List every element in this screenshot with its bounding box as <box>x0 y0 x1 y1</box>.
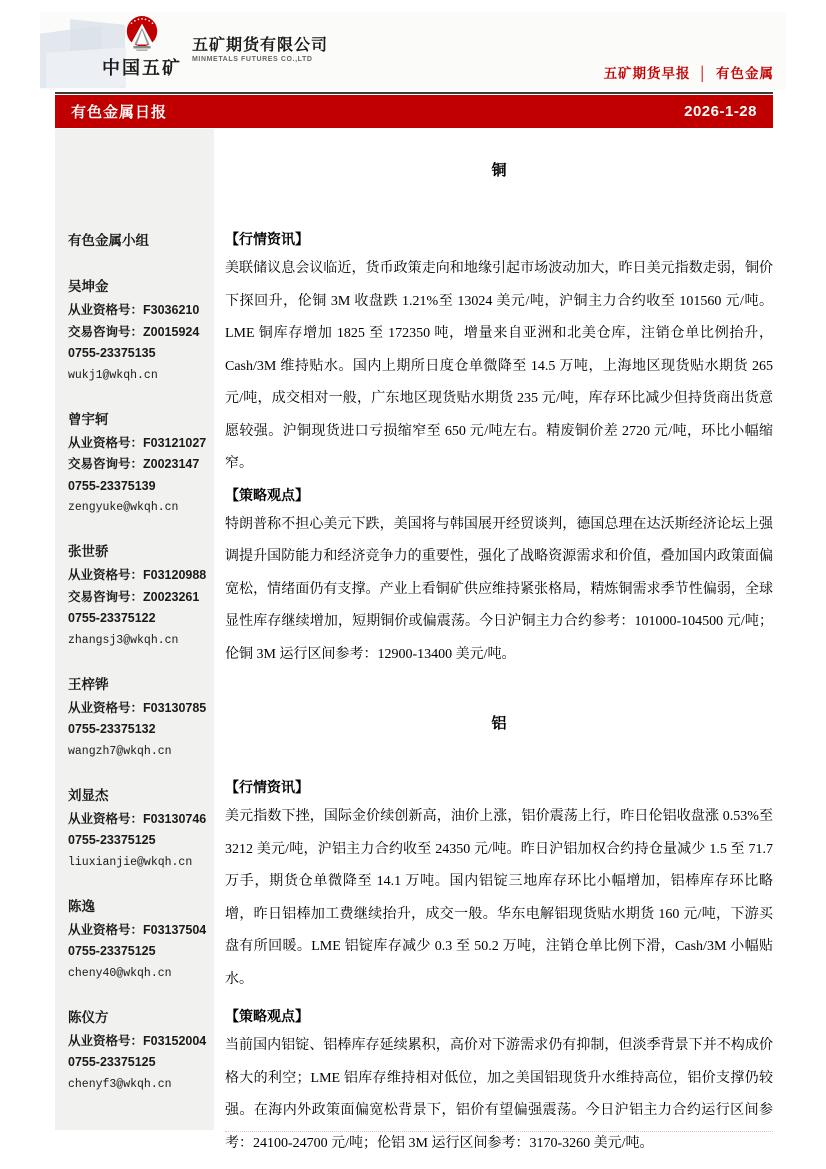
analyst-email: liuxianjie@wkqh.cn <box>68 852 206 874</box>
analyst-phone: 0755-23375125 <box>68 941 206 963</box>
market-info-heading: 【行情资讯】 <box>225 779 773 799</box>
market-info-text: 美元指数下挫，国际金价续创新高，油价上涨，铝价震荡上行，昨日伦铝收盘涨 0.53… <box>225 801 773 996</box>
analyst-email: wukj1@wkqh.cn <box>68 365 206 387</box>
analyst-credential: 交易咨询号：Z0023147 <box>68 454 206 476</box>
analyst-card: 陈逸 从业资格号：F03137504 0755-23375125 cheny40… <box>68 897 206 985</box>
strategy-heading: 【策略观点】 <box>225 487 773 507</box>
analyst-card: 张世骄 从业资格号：F03120988 交易咨询号：Z0023261 0755-… <box>68 542 206 652</box>
report-label: 五矿期货早报 <box>604 66 691 81</box>
section-aluminum: 铝 【行情资讯】 美元指数下挫，国际金价续创新高，油价上涨，铝价震荡上行，昨日伦… <box>225 714 773 1160</box>
company-name: 中国五矿 <box>102 58 182 78</box>
analyst-email: cheny40@wkqh.cn <box>68 963 206 985</box>
banner-top-rule <box>55 92 773 94</box>
analyst-email: zhangsj3@wkqh.cn <box>68 630 206 652</box>
analyst-card: 陈仪方 从业资格号：F03152004 0755-23375125 chenyf… <box>68 1008 206 1096</box>
analyst-name: 陈仪方 <box>68 1008 206 1028</box>
title-banner: 有色金属日报 2026-1-28 <box>55 95 773 128</box>
section-copper: 铜 【行情资讯】 美联储议息会议临近，货币政策走向和地缘引起市场波动加大，昨日美… <box>225 161 773 671</box>
analyst-credential: 从业资格号：F03130746 <box>68 809 206 831</box>
minmetals-emblem-icon <box>123 14 161 58</box>
analyst-name: 陈逸 <box>68 897 206 917</box>
analyst-credential: 从业资格号：F03121027 <box>68 433 206 455</box>
analyst-phone: 0755-23375139 <box>68 476 206 498</box>
analyst-card: 王梓铧 从业资格号：F03130785 0755-23375132 wangzh… <box>68 675 206 763</box>
analyst-sidebar: 有色金属小组 吴坤金 从业资格号：F3036210 交易咨询号：Z0015924… <box>55 129 214 1130</box>
sidebar-group-title: 有色金属小组 <box>68 231 206 251</box>
analyst-card: 刘显杰 从业资格号：F03130746 0755-23375125 liuxia… <box>68 786 206 874</box>
masthead-labels: 五矿期货早报│有色金属 <box>604 62 774 82</box>
analyst-credential: 交易咨询号：Z0015924 <box>68 322 206 344</box>
analyst-credential: 从业资格号：F03130785 <box>68 698 206 720</box>
analyst-name: 张世骄 <box>68 542 206 562</box>
strategy-text: 当前国内铝锭、铝棒库存延续累积，高价对下游需求仍有抑制，但淡季背景下并不构成价格… <box>225 1030 773 1160</box>
section-title: 铜 <box>225 161 773 181</box>
analyst-credential: 从业资格号：F03120988 <box>68 565 206 587</box>
company-logo: 中国五矿 五矿期货有限公司 MINMETALS FUTURES CO.,LTD <box>102 14 328 78</box>
subsidiary-block: 五矿期货有限公司 MINMETALS FUTURES CO.,LTD <box>192 37 328 78</box>
analyst-phone: 0755-23375122 <box>68 608 206 630</box>
market-info-text: 美联储议息会议临近，货币政策走向和地缘引起市场波动加大，昨日美元指数走弱，铜价下… <box>225 253 773 481</box>
analyst-phone: 0755-23375132 <box>68 719 206 741</box>
banner-date: 2026-1-28 <box>684 103 757 120</box>
analyst-email: chenyf3@wkqh.cn <box>68 1074 206 1096</box>
analyst-name: 曾宇轲 <box>68 410 206 430</box>
analyst-credential: 从业资格号：F3036210 <box>68 300 206 322</box>
analyst-card: 曾宇轲 从业资格号：F03121027 交易咨询号：Z0023147 0755-… <box>68 410 206 520</box>
analyst-email: zengyuke@wkqh.cn <box>68 497 206 519</box>
analyst-name: 王梓铧 <box>68 675 206 695</box>
label-divider: │ <box>691 66 716 81</box>
strategy-text: 特朗普称不担心美元下跌，美国将与韩国展开经贸谈判，德国总理在达沃斯经济论坛上强调… <box>225 509 773 672</box>
analyst-credential: 交易咨询号：Z0023261 <box>68 587 206 609</box>
minmetals-emblem-icon: 中国五矿 <box>102 14 182 78</box>
analyst-phone: 0755-23375125 <box>68 1052 206 1074</box>
report-body: 铜 【行情资讯】 美联储议息会议临近，货币政策走向和地缘引起市场波动加大，昨日美… <box>225 129 773 1132</box>
analyst-card: 吴坤金 从业资格号：F3036210 交易咨询号：Z0015924 0755-2… <box>68 277 206 387</box>
analyst-phone: 0755-23375125 <box>68 830 206 852</box>
analyst-credential: 从业资格号：F03137504 <box>68 920 206 942</box>
analyst-phone: 0755-23375135 <box>68 343 206 365</box>
subsidiary-name: 五矿期货有限公司 <box>192 37 328 55</box>
analyst-credential: 从业资格号：F03152004 <box>68 1031 206 1053</box>
strategy-heading: 【策略观点】 <box>225 1008 773 1028</box>
analyst-email: wangzh7@wkqh.cn <box>68 741 206 763</box>
subsidiary-name-en: MINMETALS FUTURES CO.,LTD <box>192 55 328 64</box>
market-info-heading: 【行情资讯】 <box>225 231 773 251</box>
category-label: 有色金属 <box>716 66 774 81</box>
report-page: { "header": { "company_cn": "中国五矿", "sub… <box>0 0 826 1169</box>
masthead: 中国五矿 五矿期货有限公司 MINMETALS FUTURES CO.,LTD … <box>40 12 786 90</box>
banner-title: 有色金属日报 <box>71 101 167 122</box>
analyst-name: 刘显杰 <box>68 786 206 806</box>
section-title: 铝 <box>225 714 773 734</box>
analyst-name: 吴坤金 <box>68 277 206 297</box>
